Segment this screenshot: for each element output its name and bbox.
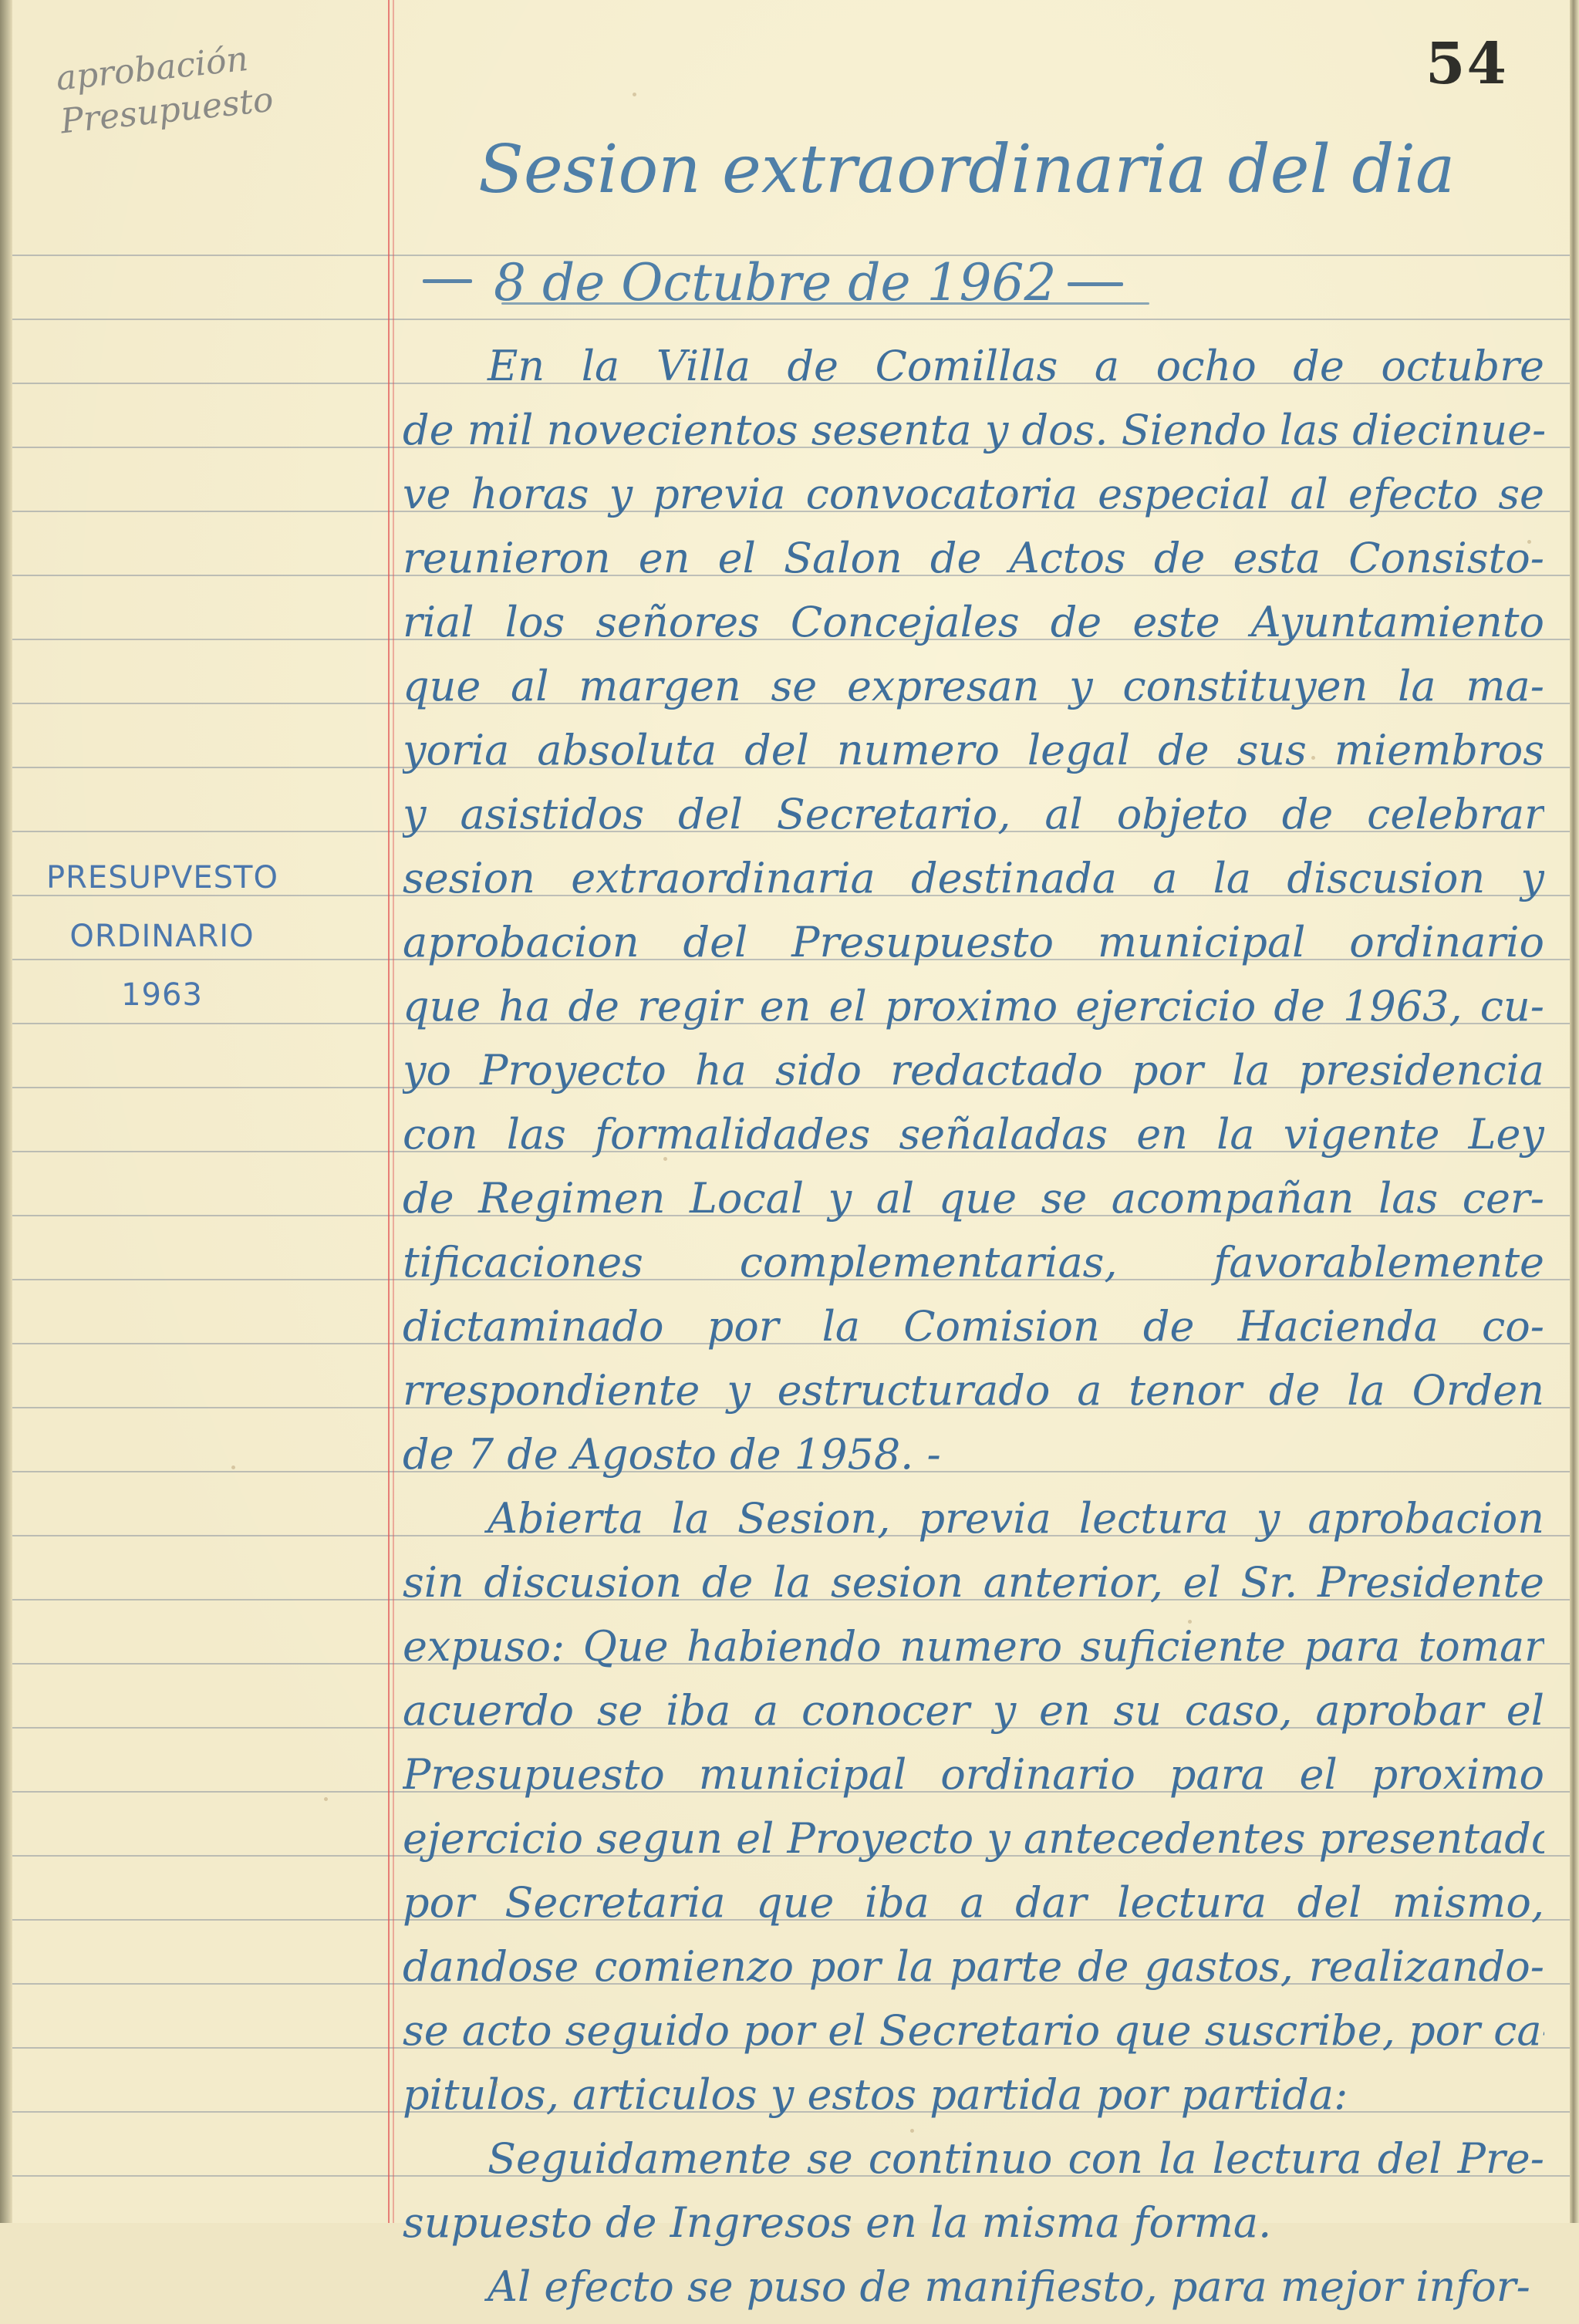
minutes-line: Seguidamente se continuo con la lectura … <box>403 2132 1544 2196</box>
minutes-line: por Secretaria que iba a dar lectura del… <box>403 1876 1544 1940</box>
paper-speck <box>633 93 636 96</box>
minutes-line: Presupuesto municipal ordinario para el … <box>403 1748 1544 1812</box>
minutes-line: de Regimen Local y al que se acompañan l… <box>403 1172 1544 1236</box>
paper-speck <box>231 1466 235 1469</box>
paper-speck <box>1527 540 1531 544</box>
paper-speck <box>910 2129 914 2133</box>
minutes-line: se acto seguido por el Secretario que su… <box>403 2004 1544 2068</box>
paper-speck <box>1188 1620 1192 1624</box>
minutes-line: rial los señores Concejales de este Ayun… <box>403 595 1544 659</box>
rule-line <box>12 319 1570 320</box>
margin-note: PRESUPVESTO ORDINARIO 1963 <box>46 848 278 1024</box>
minutes-line: pitulos, articulos y estos partida por p… <box>403 2068 1544 2132</box>
minutes-line: dictaminado por la Comision de Hacienda … <box>403 1300 1544 1364</box>
ledger-page: 54 aprobación Presupuesto PRESUPVESTO OR… <box>0 0 1579 2223</box>
minutes-line: yo Proyecto ha sido redactado por la pre… <box>403 1044 1544 1108</box>
minutes-line: reunieron en el Salon de Actos de esta C… <box>403 531 1544 595</box>
paper-speck <box>324 1797 328 1801</box>
margin-rule-double <box>393 0 394 2223</box>
minutes-line: tificaciones complementarias, favorablem… <box>403 1236 1544 1300</box>
minutes-line: yoria absoluta del numero legal de sus m… <box>403 724 1544 788</box>
minutes-line: acuerdo se iba a conocer y en su caso, a… <box>403 1684 1544 1748</box>
minutes-line: ve horas y previa convocatoria especial … <box>403 467 1544 531</box>
margin-note-line: PRESUPVESTO <box>46 848 278 907</box>
pencil-annotation: aprobación Presupuesto <box>54 35 275 143</box>
title-underline <box>501 302 1149 305</box>
paper-speck <box>1311 756 1315 760</box>
page-number: 54 <box>1425 31 1508 97</box>
minutes-line: sin discusion de la sesion anterior, el … <box>403 1556 1544 1620</box>
session-title: Sesion extraordinaria del dia <box>478 131 1455 208</box>
paper-speck <box>1010 494 1014 498</box>
paper-speck <box>494 2083 498 2086</box>
minutes-line: que ha de regir en el proximo ejercicio … <box>403 980 1544 1044</box>
title-dash-left <box>423 279 472 283</box>
margin-note-line: 1963 <box>46 966 278 1024</box>
margin-note-line: ORDINARIO <box>46 907 278 966</box>
minutes-line: de 7 de Agosto de 1958. - <box>403 1428 1544 1492</box>
minutes-line: aprobacion del Presupuesto municipal ord… <box>403 916 1544 980</box>
title-dash-right <box>1068 282 1123 286</box>
minutes-line: sesion extraordinaria destinada a la dis… <box>403 852 1544 916</box>
paper-speck <box>663 1157 667 1161</box>
minutes-line: expuso: Que habiendo numero suficiente p… <box>403 1620 1544 1684</box>
minutes-line: con las formalidades señaladas en la vig… <box>403 1108 1544 1172</box>
minutes-line: de mil novecientos sesenta y dos. Siendo… <box>403 403 1544 467</box>
minutes-line: que al margen se expresan y constituyen … <box>403 659 1544 724</box>
minutes-line: En la Villa de Comillas a ocho de octubr… <box>403 339 1544 403</box>
minutes-line: y asistidos del Secretario, al objeto de… <box>403 788 1544 852</box>
minutes-line: Abierta la Sesion, previa lectura y apro… <box>403 1492 1544 1556</box>
minutes-body: En la Villa de Comillas a ocho de octubr… <box>403 339 1544 2223</box>
minutes-line: ejercicio segun el Proyecto y antecedent… <box>403 1812 1544 1876</box>
minutes-line: dandose comienzo por la parte de gastos,… <box>403 1940 1544 2004</box>
book-binding <box>0 0 12 2223</box>
minutes-line: rrespondiente y estructurado a tenor de … <box>403 1364 1544 1428</box>
minutes-line: supuesto de Ingresos en la misma forma. <box>403 2196 1544 2223</box>
page-edge <box>1570 0 1579 2223</box>
margin-rule <box>388 0 390 2223</box>
